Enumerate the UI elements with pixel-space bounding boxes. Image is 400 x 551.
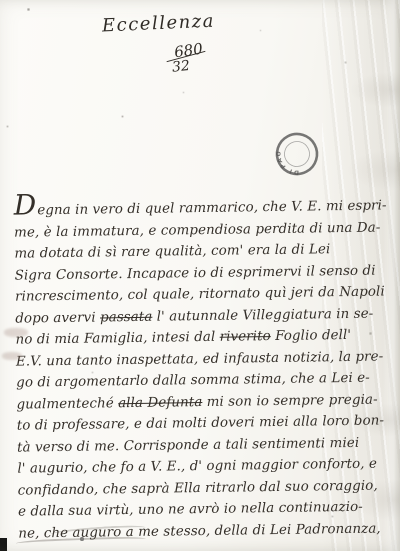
letter-line: Degna in vero di quel rammarico, che V. … <box>14 186 390 222</box>
scan-corner-artifact <box>0 538 7 551</box>
letter-scan: Eccellenza 680 32 DI PAO Degna in vero d… <box>0 0 400 551</box>
stamp-text: DI PAO <box>271 144 302 182</box>
archive-stamp-icon: DI PAO <box>260 116 333 192</box>
letter-body: Degna in vero di quel rammarico, che V. … <box>14 186 395 544</box>
paper-specks <box>0 0 1 1</box>
folio-number: 680 32 <box>164 40 224 73</box>
salutation-heading: Eccellenza <box>102 11 216 37</box>
svg-text:DI PAO: DI PAO <box>271 144 302 182</box>
letter-line: ne, che auguro a me stesso, della di Lei… <box>18 518 394 545</box>
